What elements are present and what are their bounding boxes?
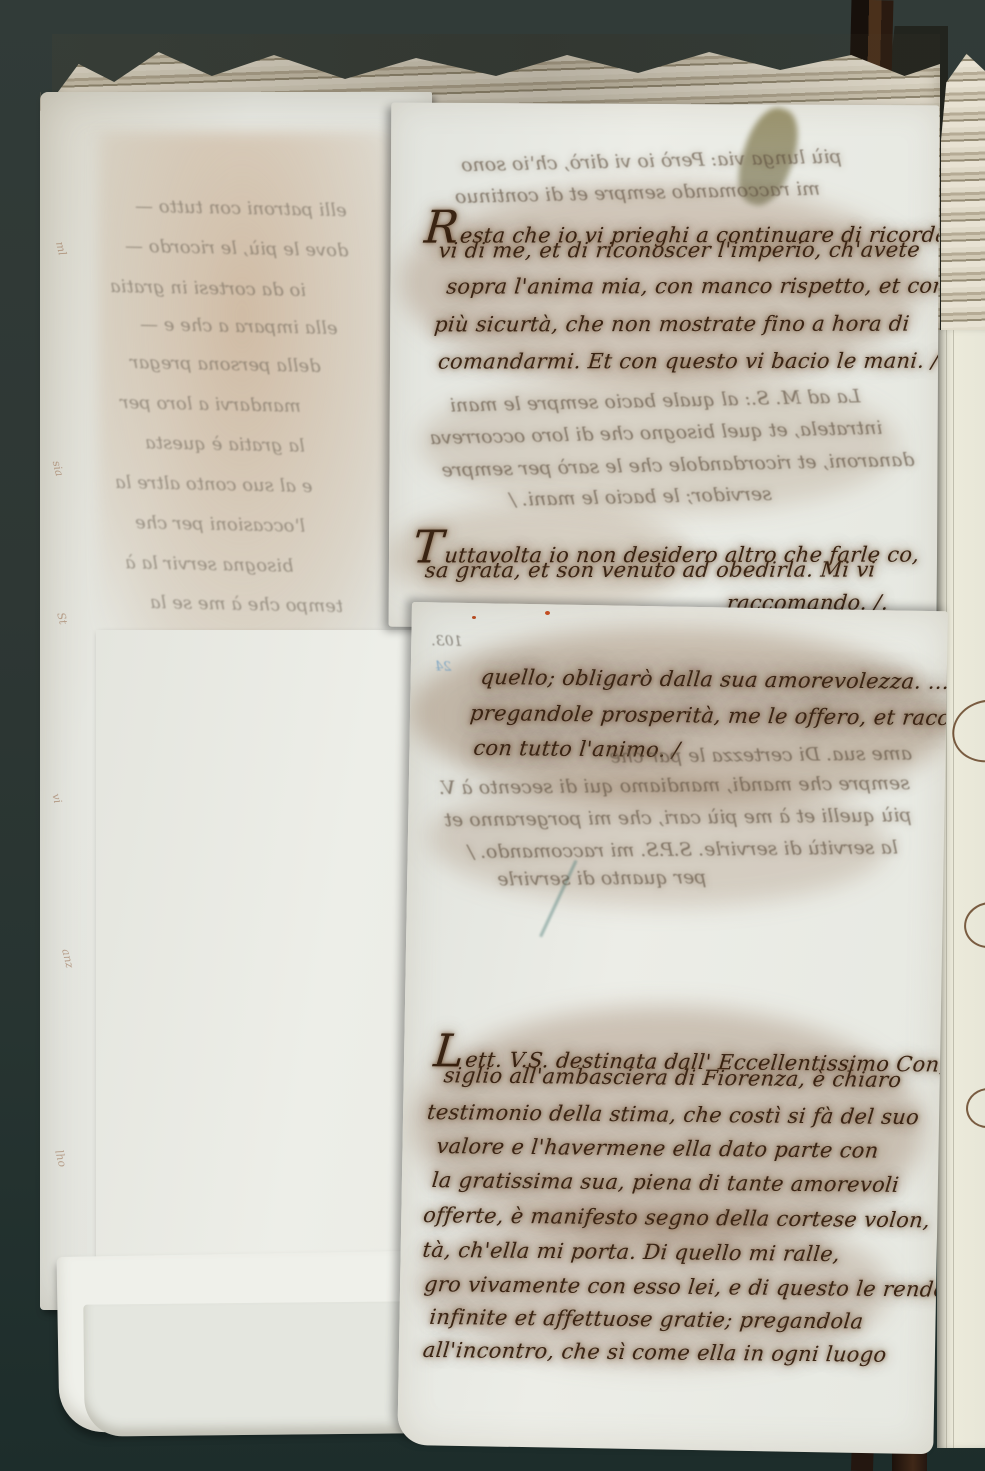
letter-text-line: sopra l'anima mia, con manco rispetto, e… [446,276,940,298]
folio-number-bleed: 103. [431,634,462,649]
letter-text-line: valore e l'havermene ella dato parte con [435,1136,879,1162]
bleed-through-line: l'occasioni per che [135,514,306,536]
letter-text-line: quello; obligarò dalla sua amorevolezza.… [480,667,948,693]
bleed-through-line: ella impara a che e — [140,316,338,338]
red-speck [472,616,476,619]
letter-text-line: all'incontro, che sì come ella in ogni l… [422,1340,888,1366]
letter-text-line: più sicurtà, che non mostrate fino a hor… [433,314,910,336]
bleed-through-line: e al suo conto altre la [115,474,313,496]
edge-writing-fragment: ml [53,240,69,257]
letter-text-line: la gratissima sua, piena di tante amorev… [431,1170,900,1196]
facing-page-fold-line [946,330,947,1448]
facing-page-block [937,330,985,1448]
letter-text-line: testimonio della stima, che costì si fà … [426,1102,920,1128]
bleed-through-line: mandarvi a loro per [120,394,301,416]
facing-stack-top-edge [941,48,985,336]
letter-text-line: comandarmi. Et con questo vi bacio le ma… [437,351,939,373]
bleed-through-line: della persona pregar [130,354,321,376]
bleed-through-line: sempre che mandi, mandiamo qui di secent… [439,774,910,798]
edge-writing-fragment: anz [59,947,76,969]
archival-blue-mark: 24 [435,660,452,673]
letter-text-line: tà, ch'ella mi porta. Di quello mi ralle… [422,1240,841,1265]
bleed-through-line: ame sua. Di certezza le par che [609,745,912,767]
letter-page-upper: più lunga via: Però io vi dirò, ch'io so… [389,103,940,630]
letter-page-lower: 103. 24 quello; obligarò dalla sua amore… [397,602,948,1454]
bleed-through-line: tempo che à me se la [150,594,343,616]
bleed-through-line: bisogna servir la à [125,554,294,576]
bleed-through-line: per quanto di servirle [497,868,706,889]
manuscript-archive-scan: elli patroni con tutto — dove le più, le… [0,0,985,1471]
edge-writing-fragment: lho [52,1149,69,1169]
letter-text-line: siglio all'ambasciera di Fiorenza, è chi… [443,1065,903,1091]
bleed-through-line: elli patroni con tutto — [135,198,347,220]
bleed-through-line: io da cortesi in gratia [110,278,306,300]
edge-writing-fragment: vi [49,792,64,805]
facing-page-fold-line [953,330,954,1448]
bleed-through-line: più quelli et à me più cari, che mi porg… [444,806,912,830]
letter-text-line: offerte, è manifesto segno della cortese… [422,1205,931,1231]
letter-text-line: gro vivamente con esso lei, e di questo … [423,1274,947,1300]
red-speck [545,611,550,615]
letter-text-line: infinite et affettuose gratie; pregandol… [428,1307,864,1333]
bleed-through-line: la servitù di servirle. S.P.S. mi raccom… [468,839,898,863]
bleed-through-line: la gratia è questa [145,434,305,455]
edge-writing-fragment: sia [50,459,66,477]
bleed-through-line: dove le più, le ricordo — [125,238,349,261]
letter-text-line: vi di me, et di riconoscer l'imperio, ch… [438,240,921,262]
letter-text-line: sa grata, et son venuto ad obedirla. Mi … [424,560,876,582]
edge-writing-fragment: St [54,611,70,626]
